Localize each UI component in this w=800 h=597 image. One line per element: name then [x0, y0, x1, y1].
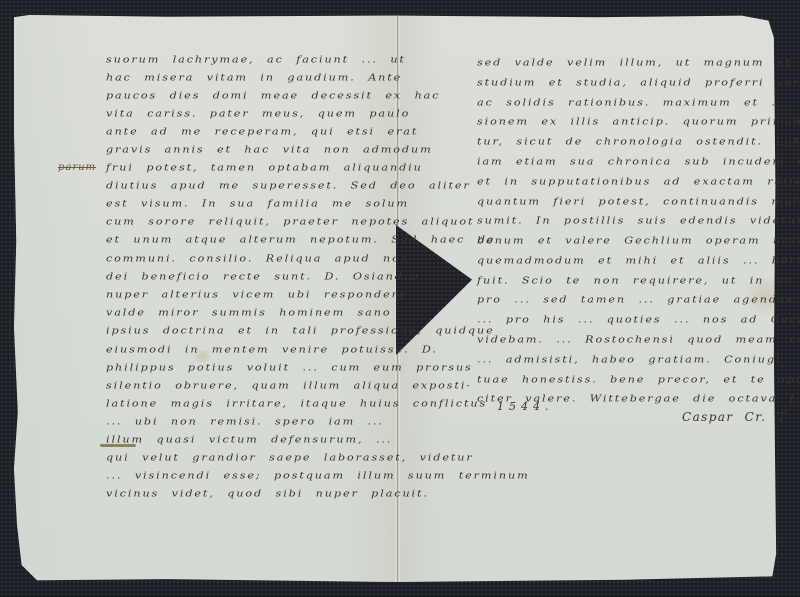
text-line: sionem ex illis anticip. quorum primam i…	[477, 117, 800, 127]
margin-note: parum	[58, 162, 96, 173]
text-line: latione magis irritare, itaque huius con…	[106, 399, 487, 409]
text-line: bonum et valere Gechlium operam navasse,	[477, 236, 800, 246]
text-line: sumit. In postillis suis edendis videtur…	[477, 216, 800, 226]
text-line: hac misera vitam in gaudium. Ante	[106, 73, 402, 83]
text-line: ante ad me receperam, qui etsi erat	[106, 127, 418, 137]
text-line: diutius apud me superesset. Sed deo alit…	[106, 181, 471, 191]
text-line: illum quasi victum defensurum, ...	[106, 435, 392, 445]
text-line: est visum. In sua familia me solum	[106, 199, 409, 209]
text-line: quantum fieri potest, continuandis multu…	[477, 197, 800, 207]
signature: Caspar Cr. T	[682, 410, 787, 424]
text-line: ipsius doctrina et in tali professione, …	[106, 326, 495, 336]
text-line: silentio obruere, quam illum aliqua expo…	[106, 381, 472, 391]
letter-year: 1544.	[497, 400, 554, 413]
text-line: dei beneficio recte sunt. D. Osiandro	[106, 272, 420, 282]
text-line: ac solidis rationibus. maximum et ... co…	[477, 98, 800, 108]
text-line: nuper alterius vicem ubi respondere	[106, 290, 407, 300]
text-line: qui velut grandior saepe laborasset, vid…	[106, 453, 474, 463]
text-line: fuit. Scio te non requirere, ut in eo a …	[477, 276, 800, 286]
text-line: pro ... sed tamen ... gratiae agendae su…	[477, 295, 800, 305]
text-line: suorum lachrymae, ac faciunt ... ut	[106, 55, 406, 65]
text-line: cum sorore reliquit, praeter nepotes ali…	[106, 217, 474, 227]
text-line: videbam. ... Rostochensi quod meam causa…	[477, 335, 800, 345]
text-line: ... admisisti, habeo gratiam. Coniugi	[477, 355, 781, 365]
text-line: studium et studia, aliquid proferri veri…	[477, 78, 800, 88]
text-line: vita cariss. pater meus, quem paulo	[106, 109, 410, 119]
text-line: ... visincendi esse; postquam illum suum…	[106, 471, 530, 481]
text-line: sed valde velim illum, ut magnum et	[477, 58, 792, 68]
ink-strike	[100, 444, 136, 447]
text-line: frui potest, tamen optabam aliquandiu	[106, 163, 423, 173]
text-line: gravis annis et hac vita non admodum	[106, 145, 433, 155]
text-line: vicinus videt, quod sibi nuper placuit.	[106, 489, 429, 499]
text-line: communi. consilio. Reliqua apud nos	[106, 254, 408, 264]
text-line: et in supputationibus ad exactam ratione…	[477, 177, 800, 187]
text-line: ... pro his ... quoties ... nos ad Gechl…	[477, 315, 800, 325]
text-line: tuae honestiss. bene precor, et te opto …	[477, 375, 800, 385]
text-line: et unum atque alterum nepotum. Sed haec …	[106, 235, 495, 245]
text-line: philippus potius voluit ... cum eum pror…	[106, 363, 473, 373]
text-line: ... ubi non remisi. spero iam ...	[106, 417, 384, 427]
text-line: iam etiam sua chronica sub incudem revoc…	[477, 157, 800, 167]
text-line: quemadmodum et mihi et aliis ... bertram…	[477, 256, 800, 266]
text-line: tur, sicut de chronologia ostendit. Luth…	[477, 137, 800, 147]
text-line: eiusmodi in mentem venire potuisse. D.	[106, 345, 438, 355]
text-line: valde miror summis hominem sano ...	[106, 308, 420, 318]
text-line: paucos dies domi meae decessit ex hac	[106, 91, 440, 101]
